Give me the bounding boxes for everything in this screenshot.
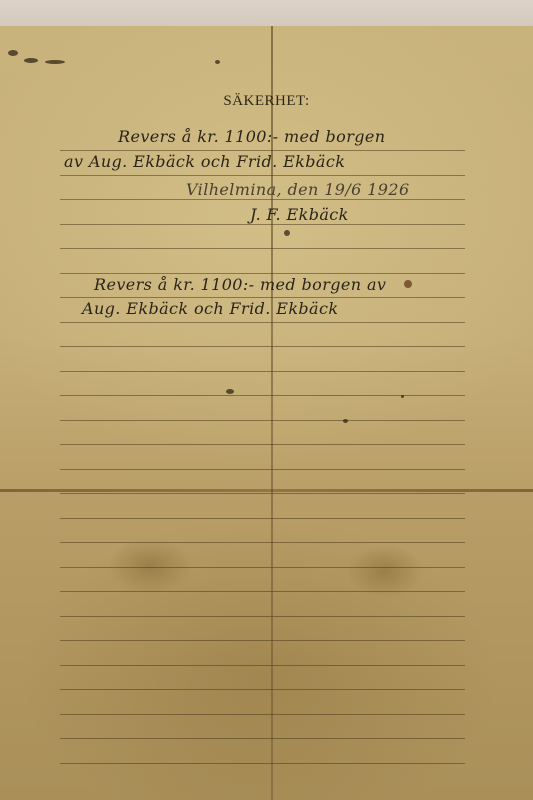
- ruled-line: [60, 665, 465, 666]
- ruled-line: [60, 199, 465, 200]
- ruled-line: [60, 763, 465, 764]
- entry-1-line-2: av Aug. Ekbäck och Frid. Ekbäck: [64, 152, 345, 171]
- entry-1-date-line: Vilhelmina, den 19/6 1926: [186, 180, 410, 199]
- ruled-line: [60, 567, 465, 568]
- stain-spot: [284, 230, 290, 236]
- background-surface: [0, 0, 533, 26]
- stain-spot: [8, 50, 18, 56]
- ruled-line: [60, 175, 465, 176]
- stain-spot: [404, 280, 412, 288]
- ruled-line: [60, 371, 465, 372]
- ruled-line: [60, 395, 465, 396]
- ruled-line: [60, 322, 465, 323]
- entry-1-line-1: Revers å kr. 1100:- med borgen: [118, 127, 385, 146]
- ruled-line: [60, 493, 465, 494]
- horizontal-fold-crease: [0, 489, 533, 492]
- ruled-line: [60, 248, 465, 249]
- entry-2-line-1: Revers å kr. 1100:- med borgen av: [94, 275, 386, 294]
- stain-spot: [24, 58, 38, 63]
- stain-spot: [401, 395, 404, 398]
- ruled-line: [60, 738, 465, 739]
- ruled-line: [60, 420, 465, 421]
- ruled-line: [60, 542, 465, 543]
- ruled-line: [60, 689, 465, 690]
- entry-2-line-2: Aug. Ekbäck och Frid. Ekbäck: [82, 299, 338, 318]
- ruled-line: [60, 469, 465, 470]
- ruled-line: [60, 150, 465, 151]
- ruled-line: [60, 591, 465, 592]
- ruled-line: [60, 346, 465, 347]
- ruled-line: [60, 714, 465, 715]
- stain-spot: [226, 389, 234, 394]
- ruled-line: [60, 616, 465, 617]
- stain-spot: [215, 60, 220, 64]
- document-title: SÄKERHET:: [0, 93, 533, 110]
- entry-1-signature: J. F. Ekbäck: [250, 205, 349, 224]
- ruled-line: [60, 518, 465, 519]
- ruled-line: [60, 297, 465, 298]
- stain-spot: [45, 60, 65, 64]
- ruled-line: [60, 273, 465, 274]
- ruled-line: [60, 640, 465, 641]
- stain-spot: [343, 419, 348, 423]
- ruled-line: [60, 444, 465, 445]
